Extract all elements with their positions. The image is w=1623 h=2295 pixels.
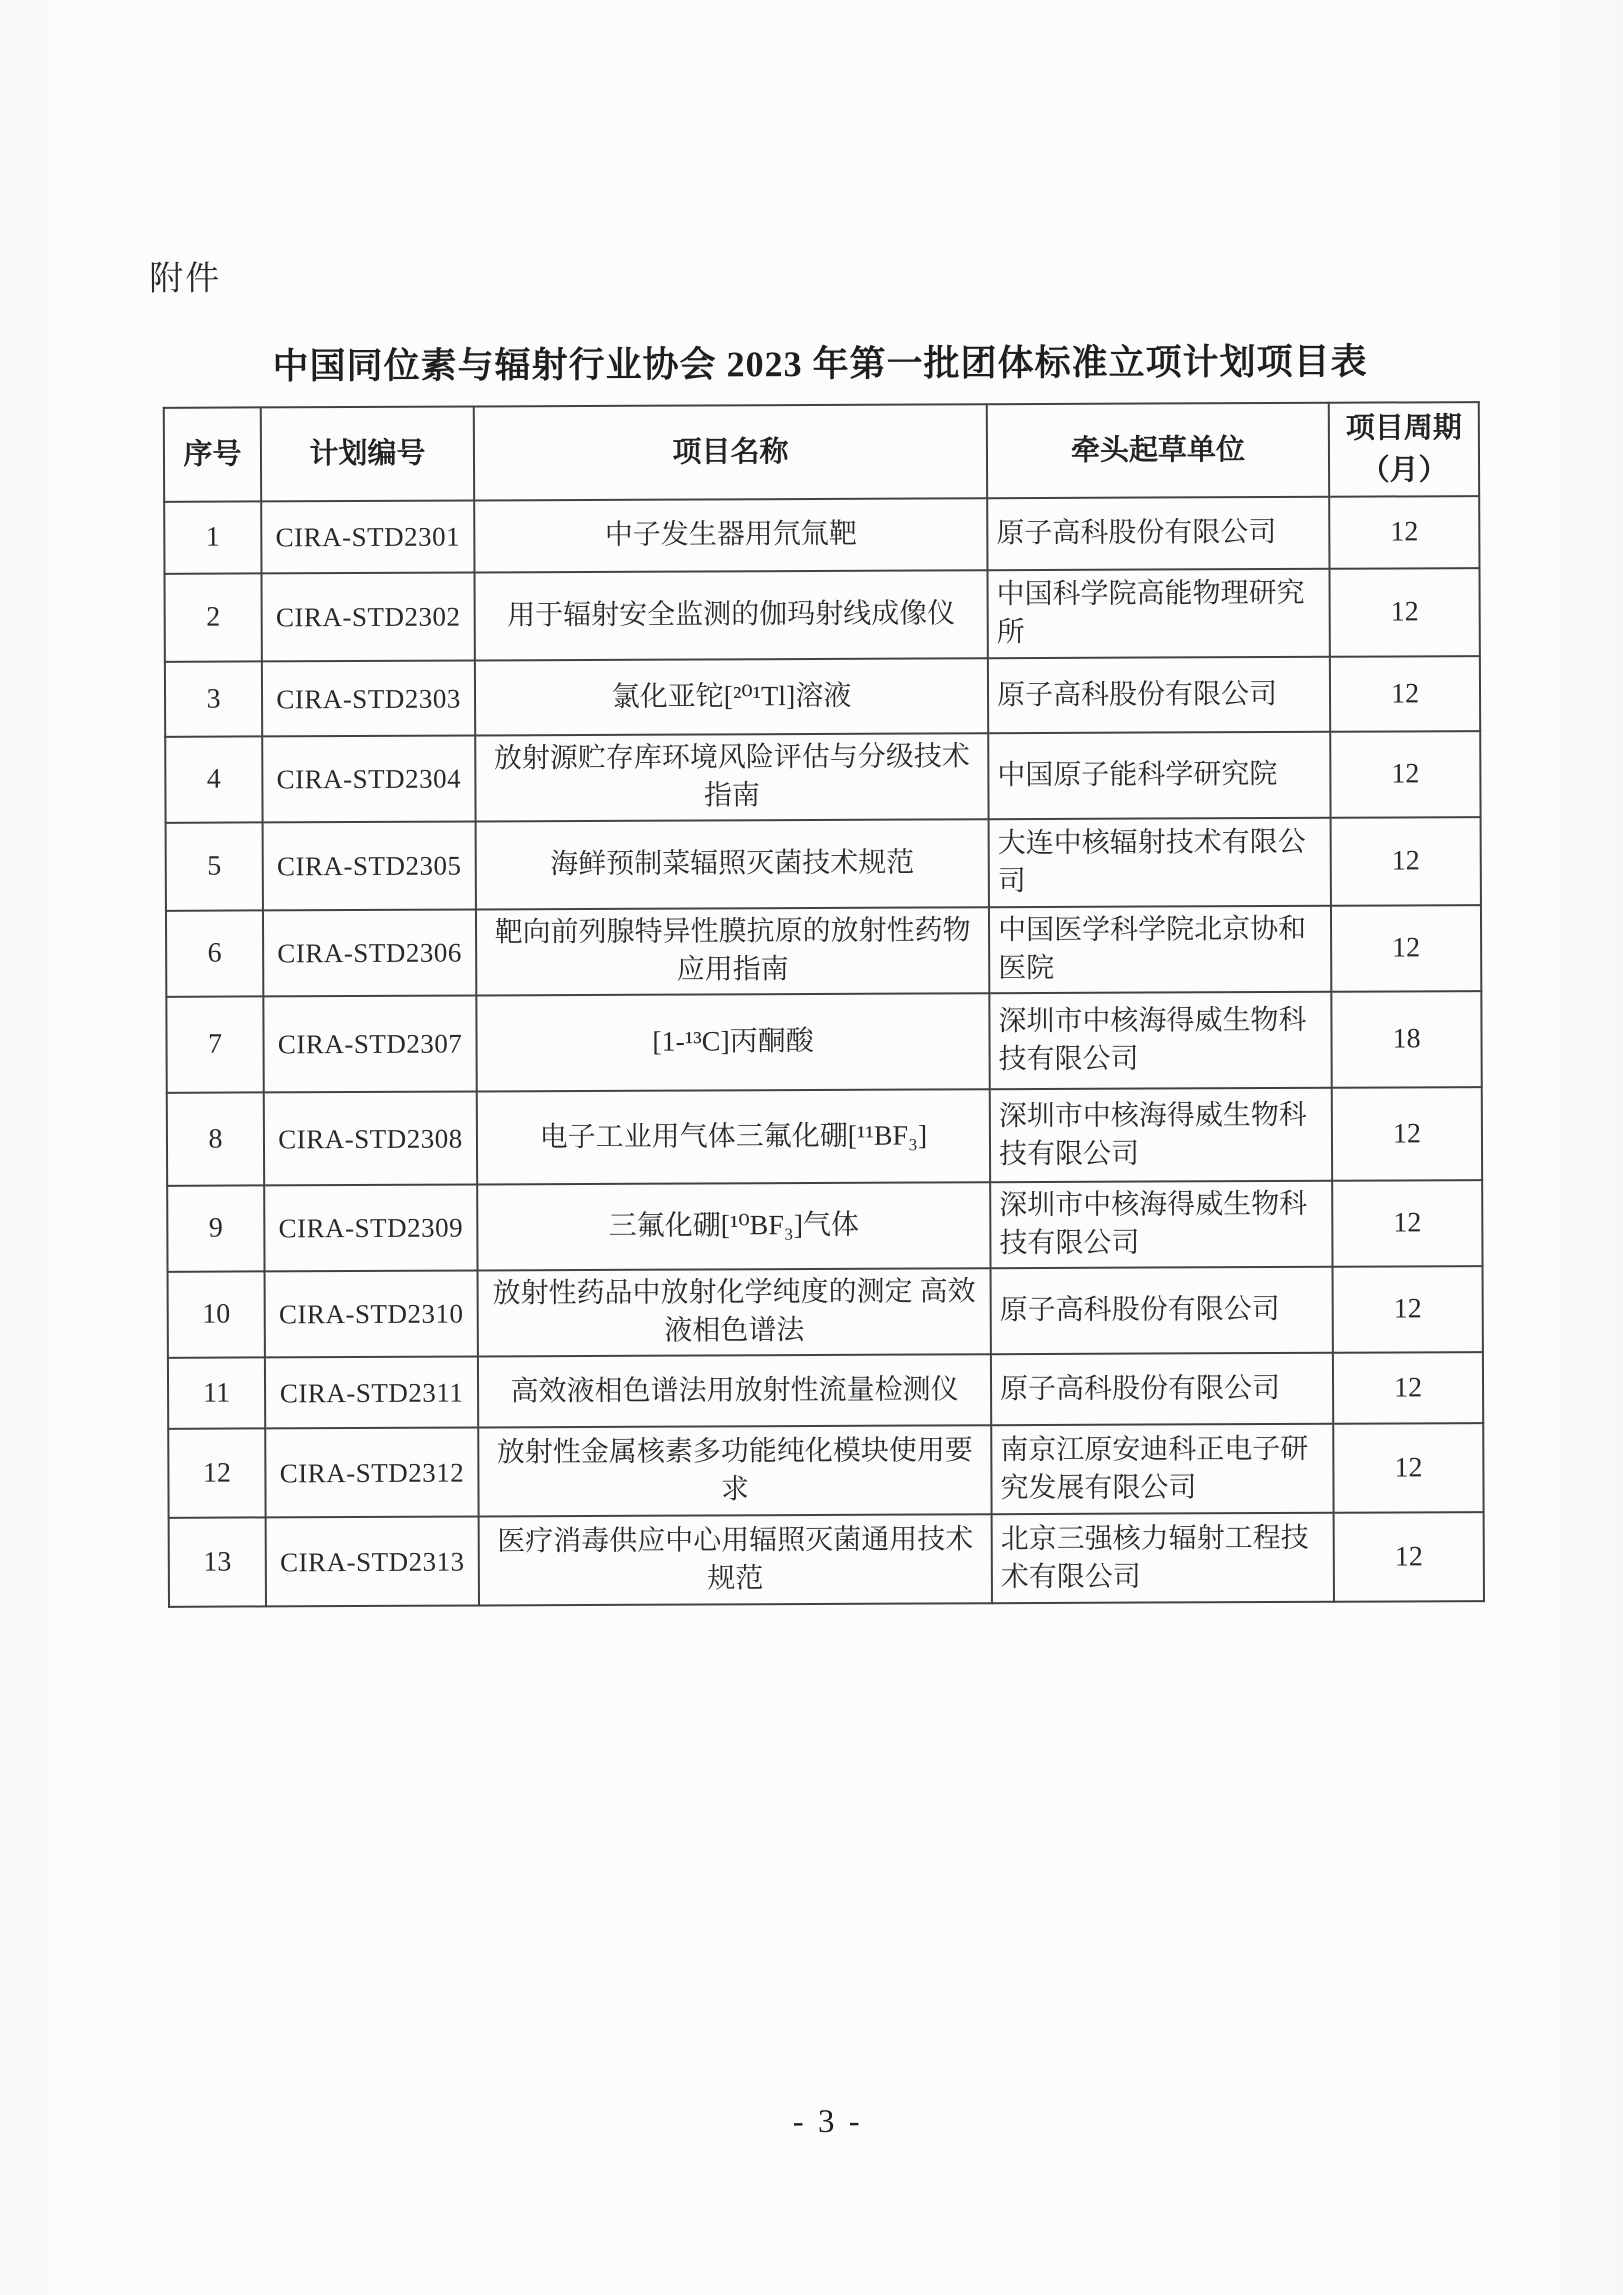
cell-period: 12 — [1329, 568, 1479, 657]
cell-unit: 中国科学院高能物理研究所 — [987, 569, 1329, 658]
cell-code: CIRA-STD2311 — [265, 1356, 478, 1428]
cell-no: 6 — [166, 910, 263, 996]
cell-unit: 原子高科股份有限公司 — [988, 657, 1330, 733]
cell-period: 12 — [1331, 817, 1481, 906]
cell-code: CIRA-STD2307 — [263, 995, 476, 1092]
cell-name: 放射性金属核素多功能纯化模块使用要求 — [478, 1425, 991, 1516]
cell-name: 用于辐射安全监测的伽玛射线成像仪 — [474, 570, 987, 660]
cell-code: CIRA-STD2310 — [265, 1270, 478, 1357]
cell-period: 12 — [1333, 1423, 1483, 1513]
cell-no: 3 — [165, 661, 262, 736]
cell-unit: 原子高科股份有限公司 — [991, 1267, 1333, 1354]
cell-no: 13 — [169, 1517, 266, 1606]
table-row: 4 CIRA-STD2304 放射源贮存库环境风险评估与分级技术指南 中国原子能… — [165, 731, 1480, 823]
cell-no: 9 — [167, 1185, 264, 1271]
cell-name: 氯化亚铊[²⁰¹Tl]溶液 — [475, 658, 988, 735]
cell-code: CIRA-STD2308 — [264, 1091, 477, 1185]
cell-period: 18 — [1331, 991, 1481, 1088]
header-name: 项目名称 — [474, 404, 987, 500]
cell-no: 12 — [168, 1428, 265, 1517]
cell-no: 7 — [166, 996, 263, 1092]
cell-unit: 大连中核辐射技术有限公司 — [989, 818, 1331, 907]
cell-code: CIRA-STD2309 — [264, 1184, 477, 1271]
table-row: 8 CIRA-STD2308 电子工业用气体三氟化硼[¹¹BF₃] 深圳市中核海… — [167, 1087, 1482, 1186]
cell-code: CIRA-STD2312 — [265, 1427, 478, 1517]
table-row: 11 CIRA-STD2311 高效液相色谱法用放射性流量检测仪 原子高科股份有… — [168, 1352, 1483, 1429]
cell-code: CIRA-STD2303 — [262, 660, 475, 736]
table-row: 7 CIRA-STD2307 [1-¹³C]丙酮酸 深圳市中核海得威生物科技有限… — [166, 991, 1481, 1093]
projects-table: 序号 计划编号 项目名称 牵头起草单位 项目周期 （月） 1 CIRA-STD2… — [163, 401, 1485, 1608]
table-row: 1 CIRA-STD2301 中子发生器用氘氚靶 原子高科股份有限公司 12 — [164, 496, 1479, 574]
cell-unit: 南京江原安迪科正电子研究发展有限公司 — [991, 1424, 1333, 1514]
cell-period: 12 — [1332, 1180, 1482, 1267]
cell-name: 海鲜预制菜辐照灭菌技术规范 — [476, 819, 989, 909]
page-content: 附件 中国同位素与辐射行业协会 2023 年第一批团体标准立项计划项目表 序号 … — [0, 0, 1623, 2295]
cell-period: 12 — [1333, 1352, 1483, 1424]
cell-no: 11 — [168, 1357, 265, 1428]
table-row: 10 CIRA-STD2310 放射性药品中放射化学纯度的测定 高效液相色谱法 … — [168, 1266, 1483, 1358]
header-no: 序号 — [164, 407, 261, 501]
cell-no: 5 — [166, 822, 263, 910]
document-title: 中国同位素与辐射行业协会 2023 年第一批团体标准立项计划项目表 — [162, 333, 1477, 390]
cell-unit: 北京三强核力辐射工程技术有限公司 — [992, 1513, 1334, 1603]
cell-no: 10 — [168, 1271, 265, 1357]
cell-name: 中子发生器用氘氚靶 — [474, 498, 987, 572]
cell-no: 2 — [164, 573, 261, 661]
cell-code: CIRA-STD2304 — [262, 735, 475, 822]
cell-code: CIRA-STD2313 — [266, 1516, 479, 1606]
cell-period: 12 — [1331, 905, 1481, 992]
header-period: 项目周期 （月） — [1329, 402, 1479, 497]
header-code: 计划编号 — [261, 406, 474, 501]
cell-name: 医疗消毒供应中心用辐照灭菌通用技术规范 — [479, 1514, 992, 1605]
cell-no: 4 — [165, 736, 262, 822]
cell-period: 12 — [1333, 1266, 1483, 1353]
cell-name: 靶向前列腺特异性膜抗原的放射性药物应用指南 — [476, 907, 989, 995]
cell-code: CIRA-STD2301 — [261, 500, 474, 573]
cell-name: 放射性药品中放射化学纯度的测定 高效液相色谱法 — [478, 1268, 991, 1356]
page-number: - 3 - — [170, 2101, 1485, 2144]
cell-unit: 深圳市中核海得威生物科技有限公司 — [990, 1088, 1332, 1182]
table-row: 13 CIRA-STD2313 医疗消毒供应中心用辐照灭菌通用技术规范 北京三强… — [169, 1512, 1484, 1607]
cell-no: 8 — [167, 1092, 264, 1185]
cell-period: 12 — [1329, 496, 1479, 569]
table-row: 9 CIRA-STD2309 三氟化硼[¹⁰BF₃]气体 深圳市中核海得威生物科… — [167, 1180, 1482, 1272]
cell-name: 三氟化硼[¹⁰BF₃]气体 — [477, 1182, 990, 1270]
table-row: 12 CIRA-STD2312 放射性金属核素多功能纯化模块使用要求 南京江原安… — [168, 1423, 1483, 1518]
cell-name: 放射源贮存库环境风险评估与分级技术指南 — [475, 733, 988, 821]
table-row: 2 CIRA-STD2302 用于辐射安全监测的伽玛射线成像仪 中国科学院高能物… — [164, 568, 1479, 662]
header-row: 序号 计划编号 项目名称 牵头起草单位 项目周期 （月） — [164, 402, 1479, 502]
cell-period: 12 — [1334, 1512, 1484, 1602]
cell-name: 高效液相色谱法用放射性流量检测仪 — [478, 1354, 991, 1427]
cell-name: [1-¹³C]丙酮酸 — [476, 993, 989, 1091]
attachment-label: 附件 — [149, 251, 221, 300]
cell-period: 12 — [1330, 731, 1480, 818]
cell-unit: 原子高科股份有限公司 — [987, 497, 1329, 570]
cell-code: CIRA-STD2305 — [263, 821, 476, 910]
cell-code: CIRA-STD2306 — [263, 909, 476, 996]
cell-unit: 深圳市中核海得威生物科技有限公司 — [989, 992, 1331, 1089]
cell-period: 12 — [1332, 1087, 1482, 1181]
scanned-page: 附件 中国同位素与辐射行业协会 2023 年第一批团体标准立项计划项目表 序号 … — [0, 0, 1623, 2295]
table-row: 6 CIRA-STD2306 靶向前列腺特异性膜抗原的放射性药物应用指南 中国医… — [166, 905, 1481, 997]
cell-no: 1 — [164, 501, 261, 573]
cell-unit: 深圳市中核海得威生物科技有限公司 — [990, 1181, 1332, 1268]
cell-unit: 中国医学科学院北京协和医院 — [989, 906, 1331, 993]
cell-unit: 原子高科股份有限公司 — [991, 1353, 1333, 1425]
cell-period: 12 — [1330, 656, 1480, 732]
cell-code: CIRA-STD2302 — [261, 572, 474, 661]
cell-name: 电子工业用气体三氟化硼[¹¹BF₃] — [477, 1089, 990, 1184]
header-unit: 牵头起草单位 — [987, 403, 1329, 498]
table-row: 3 CIRA-STD2303 氯化亚铊[²⁰¹Tl]溶液 原子高科股份有限公司 … — [165, 656, 1480, 737]
table-row: 5 CIRA-STD2305 海鲜预制菜辐照灭菌技术规范 大连中核辐射技术有限公… — [166, 817, 1481, 911]
cell-unit: 中国原子能科学研究院 — [988, 732, 1330, 819]
